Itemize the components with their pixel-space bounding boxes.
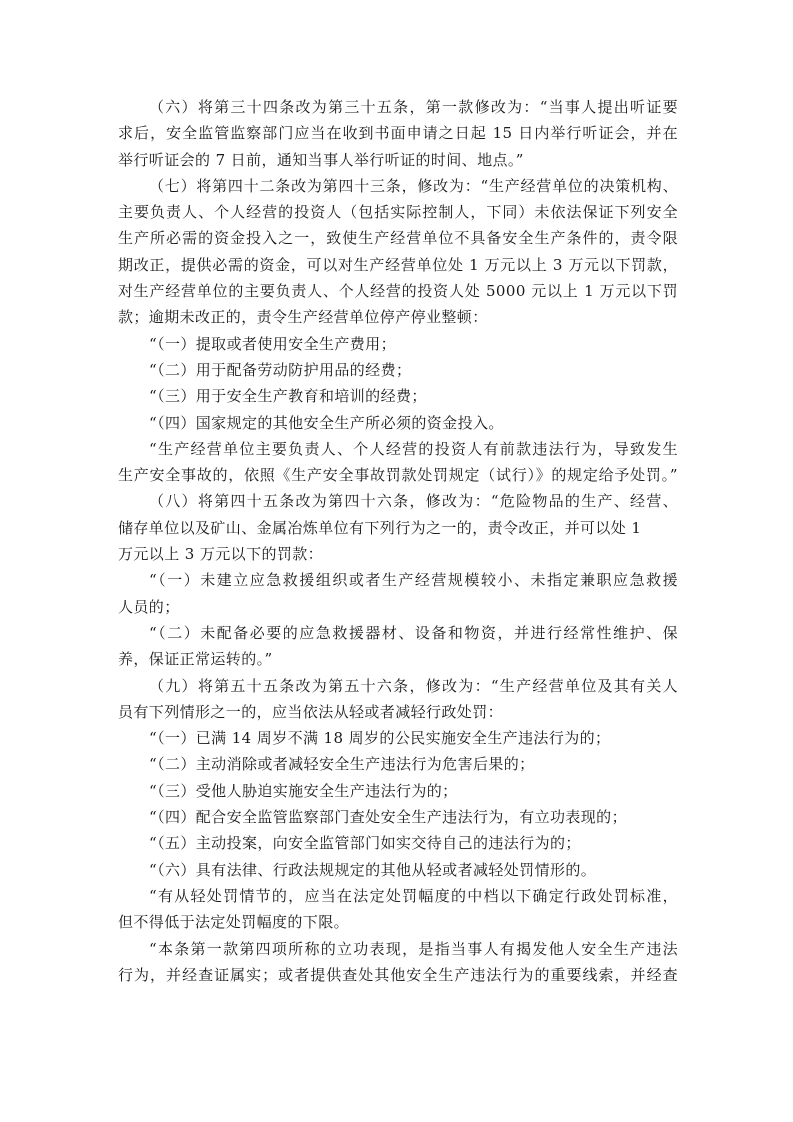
- text-line: 但不得低于法定处罚幅度的下限。: [118, 909, 678, 935]
- text-line: “生产经营单位主要负责人、个人经营的投资人有前款违法行为，导致发生: [118, 436, 678, 462]
- text-line: “（二）主动消除或者减轻安全生产违法行为危害后果的；: [118, 751, 678, 777]
- text-line: 期改正，提供必需的资金，可以对生产经营单位处 1 万元以上 3 万元以下罚款，: [118, 252, 678, 278]
- text-line: 款；逾期未改正的，责令生产经营单位停产停业整顿：: [118, 304, 678, 330]
- text-line: 万元以上 3 万元以下的罚款：: [118, 541, 678, 567]
- text-line: （八）将第四十五条改为第四十六条，修改为：“危险物品的生产、经营、: [118, 488, 678, 514]
- text-line: 生产安全事故的，依照《生产安全事故罚款处罚规定（试行）》的规定给予处罚。”: [118, 462, 678, 488]
- text-line: “（四）配合安全监管监察部门查处安全生产违法行为，有立功表现的；: [118, 804, 678, 830]
- text-line: “有从轻处罚情节的，应当在法定处罚幅度的中档以下确定行政处罚标准，: [118, 883, 678, 909]
- text-line: “（六）具有法律、行政法规规定的其他从轻或者减轻处罚情形的。: [118, 857, 678, 883]
- document-page: （六）将第三十四条改为第三十五条，第一款修改为：“当事人提出听证要求后，安全监管…: [0, 0, 793, 1122]
- text-line: “（三）用于安全生产教育和培训的经费；: [118, 383, 678, 409]
- text-line: “（四）国家规定的其他安全生产所必须的资金投入。: [118, 410, 678, 436]
- text-line: 员有下列情形之一的，应当依法从轻或者减轻行政处罚：: [118, 699, 678, 725]
- text-line: （七）将第四十二条改为第四十三条，修改为：“生产经营单位的决策机构、: [118, 173, 678, 199]
- text-line: 人员的；: [118, 594, 678, 620]
- text-line: “本条第一款第四项所称的立功表现，是指当事人有揭发他人安全生产违法: [118, 936, 678, 962]
- text-line: “（二）未配备必要的应急救援器材、设备和物资，并进行经常性维护、保: [118, 620, 678, 646]
- text-line: （六）将第三十四条改为第三十五条，第一款修改为：“当事人提出听证要: [118, 94, 678, 120]
- text-line: “（五）主动投案，向安全监管部门如实交待自己的违法行为的；: [118, 830, 678, 856]
- text-line: “（三）受他人胁迫实施安全生产违法行为的；: [118, 778, 678, 804]
- text-line: 举行听证会的 7 日前，通知当事人举行听证的时间、地点。”: [118, 147, 678, 173]
- text-line: 储存单位以及矿山、金属冶炼单位有下列行为之一的，责令改正，并可以处 1: [118, 515, 678, 541]
- text-line: 行为，并经查证属实；或者提供查处其他安全生产违法行为的重要线索，并经查: [118, 962, 678, 988]
- text-line: （九）将第五十五条改为第五十六条，修改为：“生产经营单位及其有关人: [118, 673, 678, 699]
- text-line: 生产所必需的资金投入之一，致使生产经营单位不具备安全生产条件的，责令限: [118, 225, 678, 251]
- text-line: 对生产经营单位的主要负责人、个人经营的投资人处 5000 元以上 1 万元以下罚: [118, 278, 678, 304]
- text-line: “（一）未建立应急救援组织或者生产经营规模较小、未指定兼职应急救援: [118, 567, 678, 593]
- text-line: 求后，安全监管监察部门应当在收到书面申请之日起 15 日内举行听证会，并在: [118, 120, 678, 146]
- text-line: 主要负责人、个人经营的投资人（包括实际控制人，下同）未依法保证下列安全: [118, 199, 678, 225]
- text-line: “（一）已满 14 周岁不满 18 周岁的公民实施安全生产违法行为的；: [118, 725, 678, 751]
- document-body: （六）将第三十四条改为第三十五条，第一款修改为：“当事人提出听证要求后，安全监管…: [118, 94, 678, 988]
- text-line: “（一）提取或者使用安全生产费用；: [118, 331, 678, 357]
- text-line: 养，保证正常运转的。”: [118, 646, 678, 672]
- text-line: “（二）用于配备劳动防护用品的经费；: [118, 357, 678, 383]
